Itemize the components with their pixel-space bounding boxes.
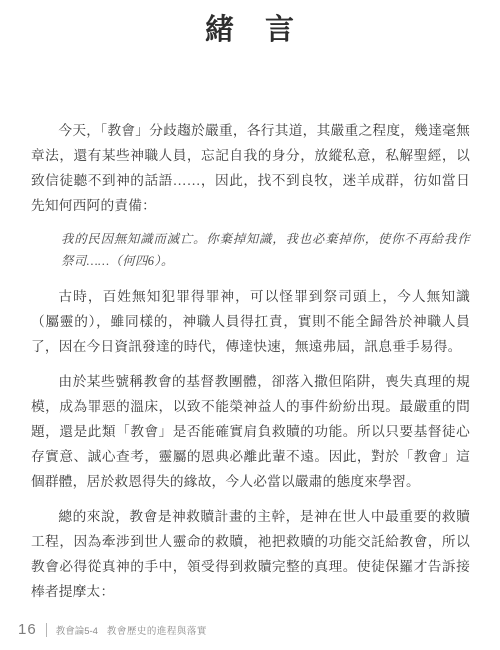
page-footer: 16 教會論5-4 教會歷史的進程與落實	[18, 621, 207, 638]
paragraph-false-churches: 由於某些號稱教會的基督教團體，卻落入撒但陷阱，喪失真理的規模，成為罪惡的溫床，以…	[31, 369, 470, 494]
page-title: 緒 言	[0, 0, 500, 48]
paragraph-intro: 今天，「教會」分歧趨於嚴重，各行其道，其嚴重之程度，幾達毫無章法，還有某些神職人…	[31, 118, 470, 218]
paragraph-summary: 總的來說，教會是神救贖計畫的主幹，是神在世人中最重要的救贖工程，因為牽涉到世人靈…	[31, 504, 470, 604]
paragraph-ancient-times: 古時，百姓無知犯罪得罪神，可以怪罪到祭司頭上，今人無知識（屬靈的），雖同樣的，神…	[31, 284, 470, 359]
page-content: 今天，「教會」分歧趨於嚴重，各行其道，其嚴重之程度，幾達毫無章法，還有某些神職人…	[31, 118, 470, 604]
book-series-label: 教會論5-4	[56, 623, 98, 637]
page-number: 16	[18, 621, 37, 638]
document-page: 緒 言 今天，「教會」分歧趨於嚴重，各行其道，其嚴重之程度，幾達毫無章法，還有某…	[0, 0, 500, 650]
book-title-label: 教會歷史的進程與落實	[107, 623, 207, 637]
footer-divider	[46, 623, 47, 637]
scripture-quote: 我的民因無知識而滅亡。你棄掉知識，我也必棄掉你，使你不再給我作祭司……（何四6）…	[61, 228, 470, 272]
